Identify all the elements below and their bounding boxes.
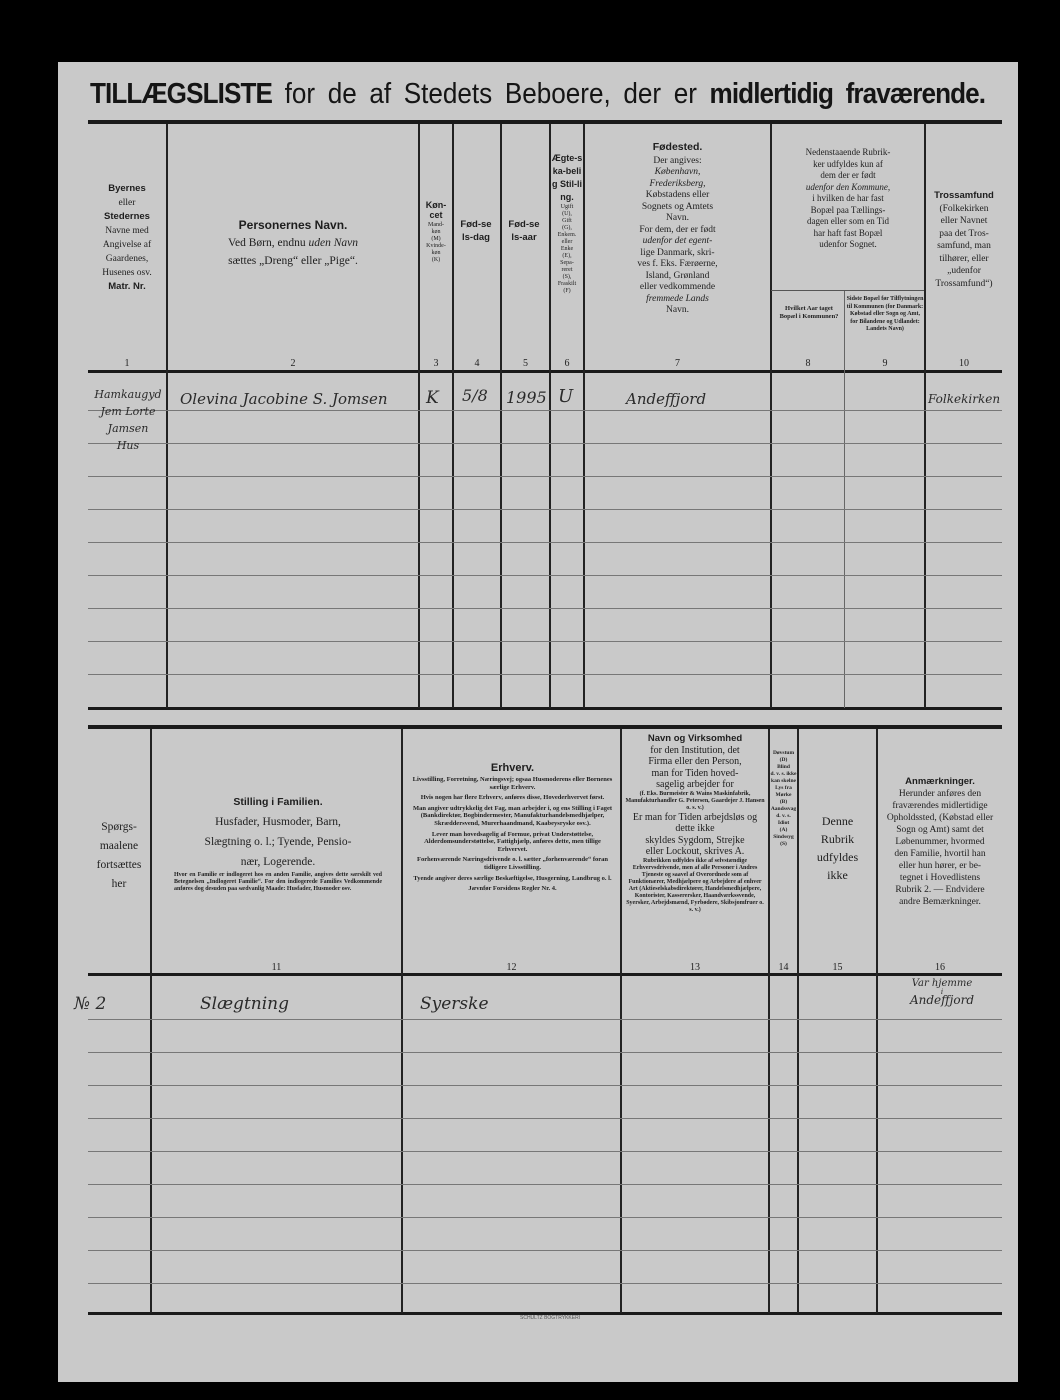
top-rule: [88, 120, 1002, 124]
row-line: [88, 1184, 1002, 1185]
col13-line: sagelig arbejder for: [624, 779, 766, 791]
header-col14: Døvstum (D) Blind d. v. s. ikke kan skel…: [770, 750, 797, 848]
column-number: 16: [878, 962, 1002, 973]
row-line: [88, 443, 1002, 444]
col1-line: Angivelse af: [88, 238, 166, 252]
title-word: der: [623, 78, 661, 111]
col10-line: Trossamfund“): [926, 278, 1002, 291]
col16-line: Løbenummer, hvormed: [878, 836, 1002, 848]
header-col12: Erhverv. Livsstilling, Forretning, Nærin…: [410, 760, 615, 893]
subheader-rule: [771, 290, 924, 291]
col5-heading: Fød-sels-aar: [508, 218, 540, 244]
col7-line: For dem, der er født: [585, 225, 770, 237]
col8-heading: Hvilket Aar taget Bopæl i Kommunen?: [776, 305, 842, 321]
col10-line: paa det Tros-: [926, 228, 1002, 241]
header-col13: Navn og Virksomhed for den Institution, …: [624, 733, 766, 914]
upper-table-bottom-rule: [88, 707, 1002, 710]
col1-matr-nr: Matr. Nr.: [88, 280, 166, 294]
row-line: [88, 476, 1002, 477]
entry-reference-number[interactable]: № 2: [74, 994, 106, 1014]
row-line: [88, 1118, 1002, 1119]
col9-heading: Sidste Bopæl før Tilflytningen til Kommu…: [846, 296, 924, 334]
col7-line: Navn.: [585, 213, 770, 225]
col13-line: Firma eller den Person,: [624, 756, 766, 768]
header-col5: Fød-sels-aar: [508, 218, 540, 244]
col89-line: i hvilken de har fast: [772, 193, 924, 205]
col14-line: (S): [770, 841, 797, 848]
col6-line: (E),: [551, 253, 583, 260]
title-word: er: [674, 78, 697, 111]
col7-line: Sognets og Amtets: [585, 202, 770, 214]
title-word-bold: midlertidig: [710, 78, 834, 111]
header-col8: Hvilket Aar taget Bopæl i Kommunen?: [776, 305, 842, 321]
col11-heading: Stilling i Familien.: [160, 792, 396, 812]
column-number: 13: [622, 962, 768, 973]
col89-line: ker udfyldes kun af: [772, 159, 924, 171]
column-number: 10: [926, 358, 1002, 369]
col6-line: Ugift: [551, 204, 583, 211]
col6-line: Enkem.: [551, 232, 583, 239]
row-line: [88, 542, 1002, 543]
column-number: 3: [420, 358, 452, 369]
col4-heading: Fød-sels-dag: [460, 218, 492, 244]
column-number: 11: [152, 962, 401, 973]
col10-line: tilhører, eller: [926, 253, 1002, 266]
entry-employer[interactable]: [626, 994, 764, 1014]
col13-line: man for Tiden hoved-: [624, 768, 766, 780]
col16-line: tegnet i Hovedlistens: [878, 872, 1002, 884]
col12-para: Man angiver udtrykkelig det Fag, man arb…: [410, 805, 615, 828]
header-col9: Sidste Bopæl før Tilflytningen til Kommu…: [846, 296, 924, 334]
header-col7-birthplace: Fødested. Der angives: København, Freder…: [585, 142, 770, 317]
column-divider: [500, 124, 502, 708]
col12-heading: Erhverv.: [410, 760, 615, 776]
col89-italic: udenfor den Kommune,: [806, 182, 890, 192]
col15-line: Rubrik: [799, 830, 876, 848]
row-line: [88, 1052, 1002, 1053]
col16-line: den Familie, hvortil han: [878, 848, 1002, 860]
column-number: 14: [770, 962, 797, 973]
header-col4: Fød-sels-dag: [460, 218, 492, 244]
entry-disability[interactable]: [772, 994, 794, 1014]
header-col15: Denne Rubrik udfyldes ikke: [799, 812, 876, 884]
col2-text: Ved Børn, endnu: [228, 237, 309, 249]
column-number: 6: [551, 358, 583, 369]
col10-heading: Trossamfund: [926, 190, 1002, 203]
col89-line: udenfor Sognet.: [772, 239, 924, 251]
remarks-line: Andeffjord: [882, 995, 1002, 1006]
col6-line: (G),: [551, 225, 583, 232]
continued-line: maalene: [88, 837, 150, 856]
column-number: 7: [585, 358, 770, 369]
col3-line: køn: [420, 229, 452, 236]
col3-line: Kvinde-: [420, 243, 452, 250]
col89-line: dem der er født: [772, 170, 924, 182]
header-col3: Køn-cet Mand- køn (M) Kvinde- køn (K): [420, 200, 452, 264]
col3-line: (K): [420, 257, 452, 264]
col14-line: (D): [770, 757, 797, 764]
row-line: [88, 1250, 1002, 1251]
col1-heading2: Stedernes: [88, 210, 166, 224]
row-line: [88, 674, 1002, 675]
col14-line: d. v. s. ikke kan skelne: [770, 771, 797, 785]
col14-line: Lys fra Mørke: [770, 785, 797, 799]
title-word: de: [328, 78, 357, 111]
col11-line: Slægtning o. l.; Tyende, Pensio-: [160, 832, 396, 852]
place-line: Jamsen: [88, 420, 168, 437]
row-line: [88, 1019, 1002, 1020]
col12-para: Lever man hovedsagelig af Formue, privat…: [410, 831, 615, 854]
col6-line: Fraskilt: [551, 281, 583, 288]
row-line: [88, 608, 1002, 609]
title-word-main: TILLÆGSLISTE: [90, 78, 272, 111]
col14-line: Sindssyg: [770, 834, 797, 841]
col7-line: Der angives:: [585, 156, 770, 168]
col13-line: eller Lockout, skrives A.: [624, 846, 766, 858]
header-continued: Spørgs- maalene fortsættes her: [88, 818, 150, 894]
col6-line: reret: [551, 267, 583, 274]
col16-line: Rubrik 2. — Endvidere: [878, 884, 1002, 896]
lower-table-top-rule: [88, 725, 1002, 729]
row-line: [88, 1283, 1002, 1284]
col16-line: Opholdssted, (Købstad eller: [878, 812, 1002, 824]
column-number: 2: [168, 358, 418, 369]
col2-line1: Ved Børn, endnu uden Navn: [168, 234, 418, 252]
col15-line: Denne: [799, 812, 876, 830]
col1-line: eller: [88, 196, 166, 210]
col11-line: nær, Logerende.: [160, 852, 396, 872]
col7-line: lige Danmark, skri-: [585, 248, 770, 260]
column-number: 4: [454, 358, 500, 369]
col2-italic: uden Navn: [308, 237, 358, 249]
title-word-bold: fraværende.: [846, 78, 986, 111]
col7-italic: København,: [655, 167, 701, 177]
col16-line: Sogn og Amt) samt det: [878, 824, 1002, 836]
col6-line: Gift: [551, 218, 583, 225]
title-word: Beboere,: [505, 78, 611, 111]
col15-line: udfyldes: [799, 848, 876, 866]
column-number: 5: [502, 358, 549, 369]
col13-line: skyldes Sygdom, Strejke: [624, 835, 766, 847]
col10-line: eller Navnet: [926, 215, 1002, 228]
entry-religion[interactable]: Folkekirken: [928, 392, 1000, 406]
col6-line: Sepa-: [551, 260, 583, 267]
col7-line: Købstadens eller: [585, 190, 770, 202]
col89-line: Nedenstaaende Rubrik-: [772, 147, 924, 159]
title-word: for: [285, 78, 315, 111]
entry-previous-residence[interactable]: [848, 390, 922, 408]
header-col8-9-group: Nedenstaaende Rubrik- ker udfyldes kun a…: [772, 147, 924, 251]
entry-occupation[interactable]: Syerske: [420, 994, 489, 1014]
col13-example: (f. Eks. Burmeister & Wains Maskinfabrik…: [624, 791, 766, 812]
column-divider: [620, 729, 622, 1313]
place-line: Hamkaugyd: [88, 386, 168, 403]
col13-note: Rubrikken udfyldes ikke af selvstændige …: [624, 858, 766, 914]
col10-line: (Folkekirken: [926, 203, 1002, 216]
continued-line: Spørgs-: [88, 818, 150, 837]
entry-year-moved[interactable]: [776, 390, 842, 408]
col3-heading: Køn-cet: [420, 200, 452, 220]
row-line: [88, 1217, 1002, 1218]
entry-place[interactable]: Hamkaugyd Jem Lorte Jamsen Hus: [88, 386, 168, 454]
col7-line: ves f. Eks. Færøerne,: [585, 259, 770, 271]
entry-family-position[interactable]: Slægtning: [200, 994, 289, 1014]
col16-line: eller hun hører, er be-: [878, 860, 1002, 872]
entry-birth-year[interactable]: 1995: [506, 388, 547, 407]
entry-birth-day[interactable]: 5/8: [462, 386, 488, 405]
col13-line: Navn og Virksomhed: [624, 733, 766, 745]
entry-col15[interactable]: [802, 994, 874, 1014]
entry-sex[interactable]: K: [426, 388, 439, 408]
row-line: [88, 509, 1002, 510]
col12-para: Tyende angiver deres særlige Beskæftigel…: [410, 875, 615, 883]
col12-para: Forhenværende Næringsdrivende o. l. sætt…: [410, 856, 615, 871]
lower-header-bottom-rule: [88, 973, 1002, 976]
header-col2: Personernes Navn. Ved Børn, endnu uden N…: [168, 216, 418, 270]
title-word: af: [369, 78, 391, 111]
continued-line: her: [88, 875, 150, 894]
col3-line: køn: [420, 250, 452, 257]
column-number: 15: [799, 962, 876, 973]
col1-line: Navne med: [88, 224, 166, 238]
col6-line: eller: [551, 239, 583, 246]
entry-marital-status[interactable]: U: [558, 386, 573, 407]
col89-line: har haft fast Bopæl: [772, 228, 924, 240]
col7-italic: udenfor det egent-: [643, 236, 713, 246]
column-divider: [452, 124, 454, 708]
col6-line: (F): [551, 288, 583, 295]
row-line: [88, 641, 1002, 642]
col6-line: (U),: [551, 211, 583, 218]
col15-line: ikke: [799, 866, 876, 884]
col14-line: Døvstum: [770, 750, 797, 757]
col14-line: d. v. s. Idiot: [770, 813, 797, 827]
header-col1: Byernes eller Stedernes Navne med Angive…: [88, 182, 166, 294]
col6-line: (S),: [551, 274, 583, 281]
header-col6: Ægte-ska-belig Stil-ling. Ugift (U), Gif…: [551, 152, 583, 295]
column-divider: [150, 729, 152, 1313]
col7-line: Island, Grønland: [585, 271, 770, 283]
col12-para: Jævnfør Forsidens Regler Nr. 4.: [410, 885, 615, 893]
entry-person-name[interactable]: Olevina Jacobine S. Jomsen: [180, 390, 388, 408]
col11-line: Husfader, Husmoder, Barn,: [160, 812, 396, 832]
col89-line: Bopæl paa Tællings-: [772, 205, 924, 217]
col7-line: Navn.: [585, 305, 770, 317]
col2-line2: sættes „Dreng“ eller „Pige“.: [168, 252, 418, 270]
col3-line: Mand-: [420, 222, 452, 229]
col11-note: Hvor en Familie er indlogeret hos en and…: [160, 872, 396, 893]
col3-line: (M): [420, 236, 452, 243]
col16-line: andre Bemærkninger.: [878, 896, 1002, 908]
col6-heading: Ægte-ska-belig Stil-ling.: [551, 152, 583, 204]
col1-heading: Byernes: [88, 182, 166, 196]
column-divider-thin: [844, 290, 845, 708]
col13-line: for den Institution, det: [624, 745, 766, 757]
col1-line: Husenes osv.: [88, 266, 166, 280]
row-line: [88, 575, 1002, 576]
header-bottom-rule: [88, 370, 1002, 373]
col7-italic: Frederiksberg,: [649, 179, 705, 189]
col10-line: „udenfor: [926, 265, 1002, 278]
col7-heading: Fødested.: [585, 142, 770, 154]
row-line: [88, 1151, 1002, 1152]
col10-line: samfund, man: [926, 240, 1002, 253]
printer-imprint: SCHULTZ BOGTRYKKERI: [520, 1315, 580, 1321]
col14-line: Aandssvag: [770, 806, 797, 813]
col6-line: Enke: [551, 246, 583, 253]
place-line: Jem Lorte: [88, 403, 168, 420]
header-col16: Anmærkninger. Herunder anføres den fravæ…: [878, 776, 1002, 908]
header-col10: Trossamfund (Folkekirken eller Navnet pa…: [926, 190, 1002, 290]
col14-line: (A): [770, 827, 797, 834]
col7-line: eller vedkommende: [585, 282, 770, 294]
row-line: [88, 1085, 1002, 1086]
col89-line: dagen eller som en Tid: [772, 216, 924, 228]
col2-heading: Personernes Navn.: [168, 216, 418, 234]
title-word: Stedets: [404, 78, 493, 111]
col16-heading: Anmærkninger.: [878, 776, 1002, 788]
header-col11: Stilling i Familien. Husfader, Husmoder,…: [160, 792, 396, 893]
column-number: 9: [846, 358, 924, 369]
entry-birthplace[interactable]: Andeffjord: [626, 390, 706, 408]
column-number: 1: [88, 358, 166, 369]
column-number: 8: [772, 358, 844, 369]
column-divider: [401, 729, 403, 1313]
column-number: 12: [403, 962, 620, 973]
col16-line: fraværendes midlertidige: [878, 800, 1002, 812]
col7-italic: fremmede Lands: [646, 294, 709, 304]
col16-line: Herunder anføres den: [878, 788, 1002, 800]
col14-line: (B): [770, 799, 797, 806]
col13-line: Er man for Tiden arbejdsløs og dette ikk…: [624, 812, 766, 835]
form-title: TILLÆGSLISTE for de af Stedets Beboere, …: [90, 78, 914, 118]
row-line: [88, 410, 1002, 411]
col14-line: Blind: [770, 764, 797, 771]
entry-remarks[interactable]: Var hjemme i Andeffjord: [882, 978, 1002, 1006]
col1-line: Gaardenes,: [88, 252, 166, 266]
col12-para: Hvis nogen har flere Erhverv, anføres di…: [410, 794, 615, 802]
continued-line: fortsættes: [88, 856, 150, 875]
col12-para: Livsstilling, Forretning, Næringsvej; og…: [410, 776, 615, 791]
place-line: Hus: [88, 437, 168, 454]
